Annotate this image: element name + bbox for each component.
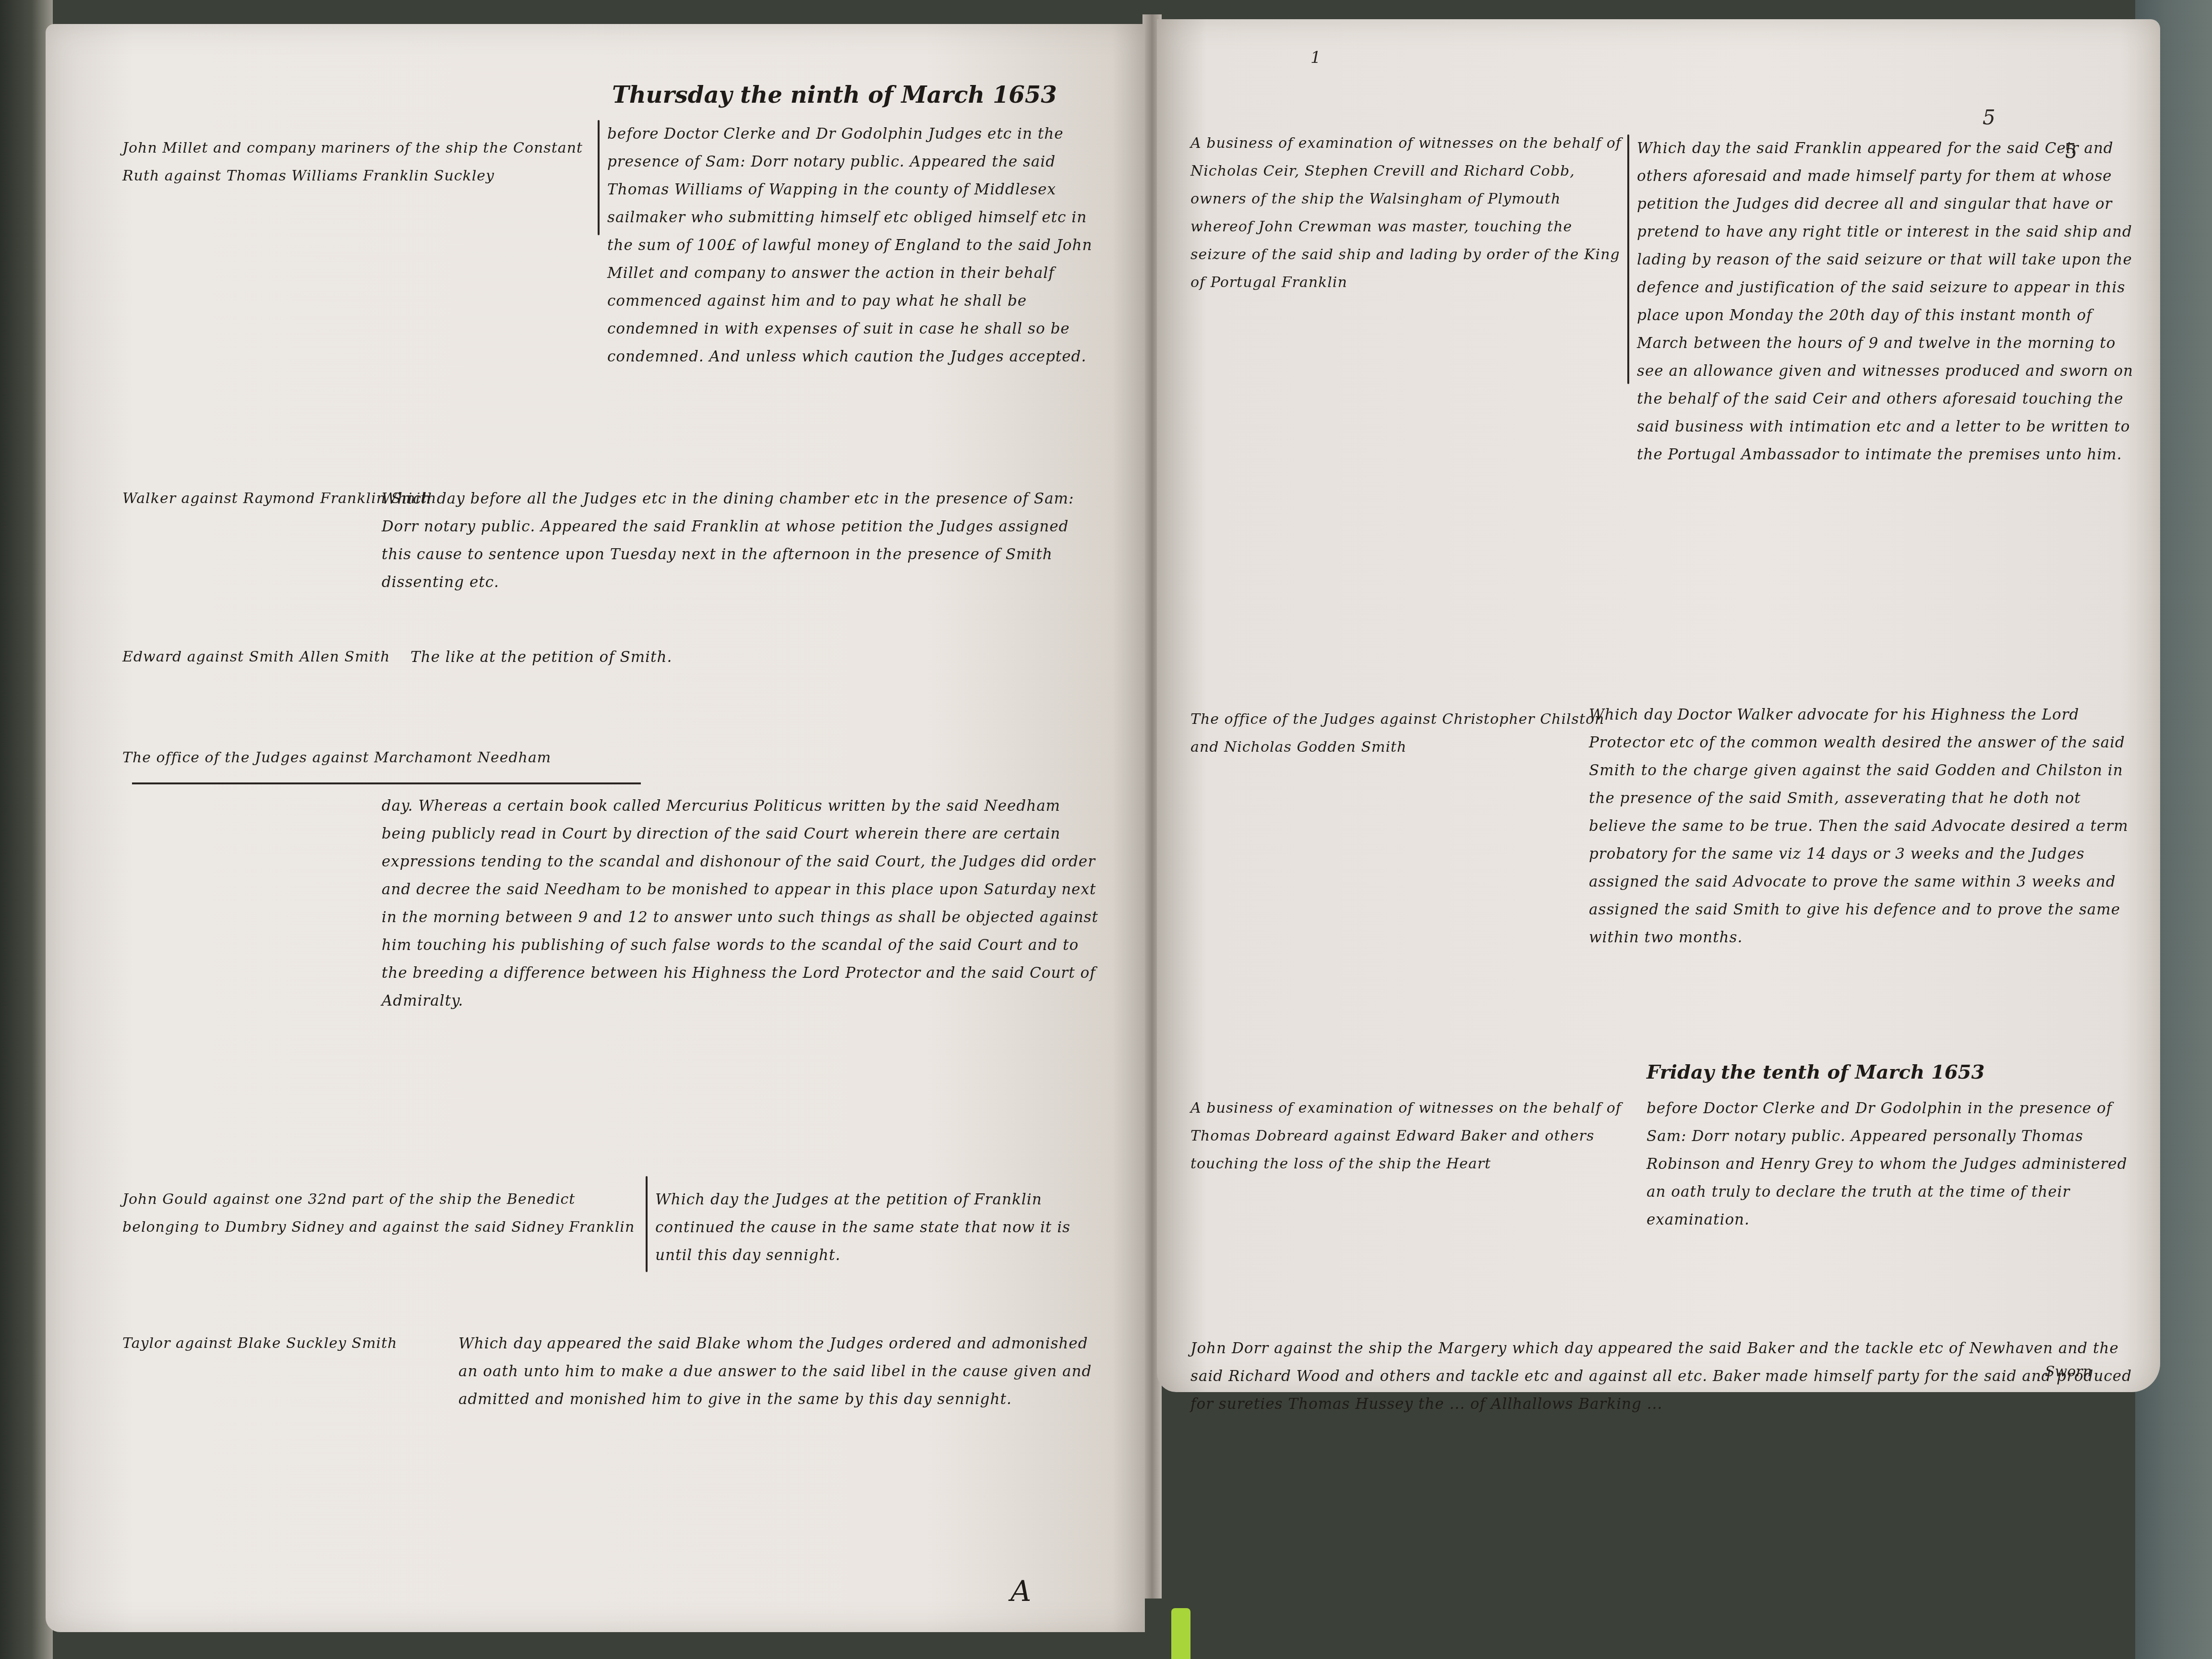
body-entry-5: Which day the Judges at the petition of … xyxy=(655,1186,1087,1269)
brace xyxy=(646,1176,648,1272)
margin-entry-3: Edward against Smith Allen Smith xyxy=(122,643,458,671)
brace xyxy=(1627,134,1629,384)
margin-entry-r3: A business of examination of witnesses o… xyxy=(1190,1094,1632,1178)
margin-entry-1: John Millet and company mariners of the … xyxy=(122,134,593,190)
date-heading: Thursday the ninth of March 1653 xyxy=(612,82,1092,108)
rule xyxy=(132,782,641,784)
margin-entry-r1: A business of examination of witnesses o… xyxy=(1190,130,1623,297)
body-entry-r1: Which day the said Franklin appeared for… xyxy=(1637,134,2141,469)
margin-entry-4: The office of the Judges against Marcham… xyxy=(122,744,602,772)
body-entry-2: Which day before all the Judges etc in t… xyxy=(382,485,1102,596)
folio-number-inner: 5 xyxy=(1983,106,1996,129)
body-entry-1: before Doctor Clerke and Dr Godolphin Ju… xyxy=(607,120,1106,371)
body-entry-r4: John Dorr against the ship the Margery w… xyxy=(1190,1334,2141,1418)
footer-note: Sworn xyxy=(2045,1363,2092,1380)
margin-entry-r2: The office of the Judges against Christo… xyxy=(1190,706,1623,761)
body-entry-r2: Which day Doctor Walker advocate for his… xyxy=(1589,701,2141,951)
green-tab-marker xyxy=(1171,1608,1190,1659)
body-entry-r3: before Doctor Clerke and Dr Godolphin in… xyxy=(1647,1094,2141,1234)
second-date-heading: Friday the tenth of March 1653 xyxy=(1647,1061,2127,1083)
body-entry-4: day. Whereas a certain book called Mercu… xyxy=(382,792,1102,1015)
background-left xyxy=(0,0,53,1659)
margin-entry-5: John Gould against one 32nd part of the … xyxy=(122,1186,641,1241)
left-page: Thursday the ninth of March 1653 John Mi… xyxy=(46,24,1145,1632)
right-page: 1 5 5 A business of examination of witne… xyxy=(1157,19,2160,1392)
brace xyxy=(598,120,600,235)
body-entry-3: The like at the petition of Smith. xyxy=(410,643,842,671)
catchword: A xyxy=(1010,1575,1031,1608)
top-mark: 1 xyxy=(1310,48,1321,67)
body-entry-6: Which day appeared the said Blake whom t… xyxy=(458,1330,1102,1413)
